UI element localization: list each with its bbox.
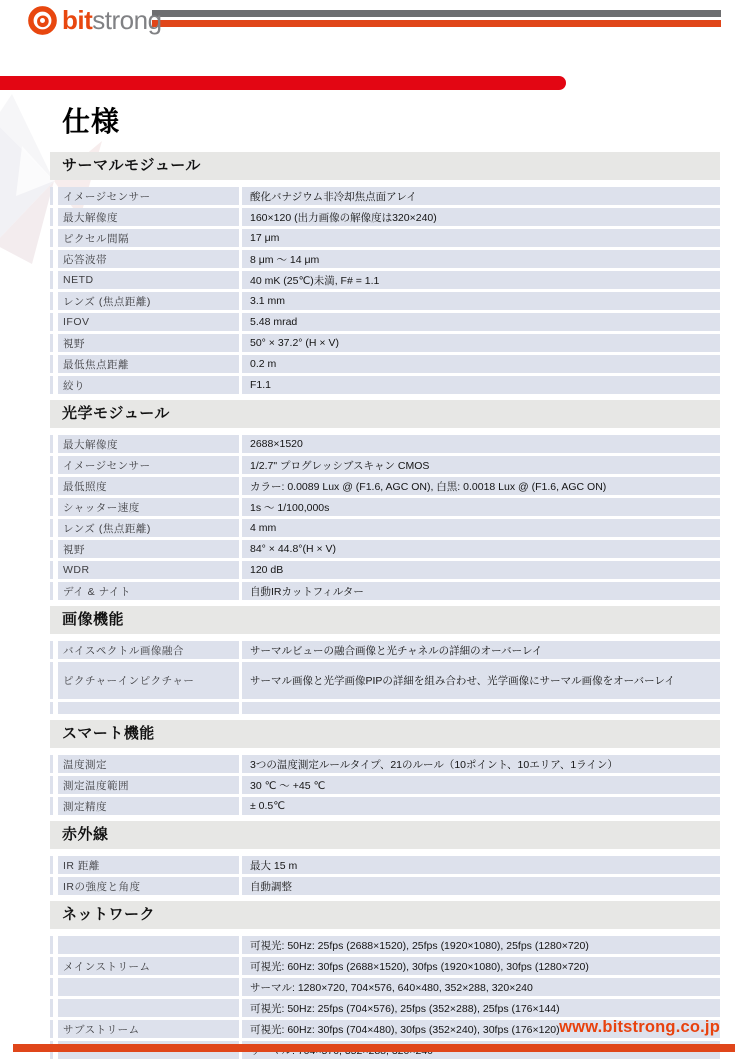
spec-row: 温度測定3つの温度測定ルールタイプ、21のルール（10ポイント、10エリア、1ラ… [50, 755, 720, 773]
row-label: シャッター速度 [58, 498, 239, 516]
row-edge-sliver [50, 355, 53, 373]
row-value: 3.1 mm [242, 292, 720, 310]
row-label: 絞り [58, 376, 239, 394]
row-value: 2688×1520 [242, 435, 720, 453]
row-edge-sliver [50, 477, 53, 495]
row-edge-sliver [50, 435, 53, 453]
logo-text-strong: strong [92, 5, 161, 35]
row-label: 応答波帯 [58, 250, 239, 268]
spec-row: IRの強度と角度自動調整 [50, 877, 720, 895]
row-label: ピクセル間隔 [58, 229, 239, 247]
page-title: 仕様 [62, 100, 720, 140]
row-label: IFOV [58, 313, 239, 331]
spec-row: 最低照度カラー: 0.0089 Lux @ (F1.6, AGC ON), 白黒… [50, 477, 720, 495]
row-value: 8 μm ～ 14 μm [242, 250, 720, 268]
row-label: IRの強度と角度 [58, 877, 239, 895]
row-edge-sliver [50, 229, 53, 247]
row-value: 50° × 37.2° (H × V) [242, 334, 720, 352]
row-value: 120 dB [242, 561, 720, 579]
row-edge-sliver [50, 561, 53, 579]
row-edge-sliver [50, 250, 53, 268]
row-label: レンズ (焦点距離) [58, 519, 239, 537]
row-label [58, 978, 239, 996]
spec-row: イメージセンサー1/2.7" プログレッシブスキャン CMOS [50, 456, 720, 474]
row-label [58, 936, 239, 954]
row-value: サーマル画像と光学画像PIPの詳細を組み合わせ、光学画像にサーマル画像をオーバー… [242, 662, 720, 699]
row-value: 5.48 mrad [242, 313, 720, 331]
row-edge-sliver [50, 313, 53, 331]
row-label: イメージセンサー [58, 456, 239, 474]
row-value: 可視光: 60Hz: 30fps (2688×1520), 30fps (192… [242, 957, 720, 975]
spec-row: NETD40 mK (25℃)未満, F# = 1.1 [50, 271, 720, 289]
logo-text-bit: bit [62, 5, 92, 35]
row-value: ± 0.5℃ [242, 797, 720, 815]
row-label: 視野 [58, 334, 239, 352]
row-value: 3つの温度測定ルールタイプ、21のルール（10ポイント、10エリア、1ライン） [242, 755, 720, 773]
spec-row: メインストリーム可視光: 60Hz: 30fps (2688×1520), 30… [50, 957, 720, 975]
row-edge-sliver [50, 776, 53, 794]
row-label: 測定精度 [58, 797, 239, 815]
row-value: カラー: 0.0089 Lux @ (F1.6, AGC ON), 白黒: 0.… [242, 477, 720, 495]
row-edge-sliver [50, 1020, 53, 1038]
row-label: ピクチャーインピクチャー [58, 662, 239, 699]
row-label: WDR [58, 561, 239, 579]
spec-row: 視野50° × 37.2° (H × V) [50, 334, 720, 352]
header-stripe-orange [152, 20, 721, 27]
spec-row: 最大解像度2688×1520 [50, 435, 720, 453]
row-label: 最大解像度 [58, 435, 239, 453]
spec-row: ピクセル間隔17 μm [50, 229, 720, 247]
spec-row: 最大解像度160×120 (出力画像の解像度は320×240) [50, 208, 720, 226]
row-edge-sliver [50, 755, 53, 773]
row-value: サーマル: 1280×720, 704×576, 640×480, 352×28… [242, 978, 720, 996]
row-label [58, 999, 239, 1017]
footer-url-link[interactable]: www.bitstrong.co.jp [559, 1018, 720, 1037]
spec-row: IFOV5.48 mrad [50, 313, 720, 331]
row-edge-sliver [50, 999, 53, 1017]
section-header: 光学モジュール [50, 400, 720, 428]
row-edge-sliver [50, 978, 53, 996]
spec-row: WDR120 dB [50, 561, 720, 579]
row-label: 温度測定 [58, 755, 239, 773]
spec-row: 測定温度範囲30 ℃ ～ +45 ℃ [50, 776, 720, 794]
spec-row: 可視光: 50Hz: 25fps (2688×1520), 25fps (192… [50, 936, 720, 954]
row-edge-sliver [50, 856, 53, 874]
spec-row [50, 702, 720, 714]
logo-wordmark: bitstrong [62, 5, 162, 36]
row-value: 最大 15 m [242, 856, 720, 874]
row-edge-sliver [50, 334, 53, 352]
row-value: 84° × 44.8°(H × V) [242, 540, 720, 558]
row-label: デイ & ナイト [58, 582, 239, 600]
spec-row: レンズ (焦点距離)4 mm [50, 519, 720, 537]
row-label: バイスペクトル画像融合 [58, 641, 239, 659]
row-edge-sliver [50, 540, 53, 558]
row-edge-sliver [50, 877, 53, 895]
spec-sections: サーマルモジュールイメージセンサー酸化バナジウム非冷却焦点面アレイ最大解像度16… [50, 152, 720, 1059]
row-value: 1s ～ 1/100,000s [242, 498, 720, 516]
spec-document: 仕様 サーマルモジュールイメージセンサー酸化バナジウム非冷却焦点面アレイ最大解像… [50, 98, 720, 1062]
row-edge-sliver [50, 376, 53, 394]
row-edge-sliver [50, 292, 53, 310]
row-value: F1.1 [242, 376, 720, 394]
row-label: NETD [58, 271, 239, 289]
row-edge-sliver [50, 957, 53, 975]
row-value: 160×120 (出力画像の解像度は320×240) [242, 208, 720, 226]
brand-logo: bitstrong [27, 5, 162, 36]
row-label [58, 702, 239, 714]
spec-row: サーマル: 1280×720, 704×576, 640×480, 352×28… [50, 978, 720, 996]
row-value: 酸化バナジウム非冷却焦点面アレイ [242, 187, 720, 205]
spec-row: 応答波帯8 μm ～ 14 μm [50, 250, 720, 268]
row-edge-sliver [50, 187, 53, 205]
row-edge-sliver [50, 662, 53, 699]
row-edge-sliver [50, 936, 53, 954]
spec-row: シャッター速度1s ～ 1/100,000s [50, 498, 720, 516]
row-value: サーマルビューの融合画像と光チャネルの詳細のオーバーレイ [242, 641, 720, 659]
spec-row: 可視光: 50Hz: 25fps (704×576), 25fps (352×2… [50, 999, 720, 1017]
spec-row: 視野84° × 44.8°(H × V) [50, 540, 720, 558]
row-value: 4 mm [242, 519, 720, 537]
row-edge-sliver [50, 456, 53, 474]
red-banner-bar [0, 76, 566, 90]
spec-row: イメージセンサー酸化バナジウム非冷却焦点面アレイ [50, 187, 720, 205]
section-header: サーマルモジュール [50, 152, 720, 180]
row-edge-sliver [50, 208, 53, 226]
row-value: 自動調整 [242, 877, 720, 895]
spec-row: 絞りF1.1 [50, 376, 720, 394]
row-edge-sliver [50, 498, 53, 516]
row-value [242, 702, 720, 714]
row-edge-sliver [50, 271, 53, 289]
row-label: 測定温度範囲 [58, 776, 239, 794]
spec-row: 測定精度± 0.5℃ [50, 797, 720, 815]
row-value: 1/2.7" プログレッシブスキャン CMOS [242, 456, 720, 474]
spec-row: 最低焦点距離0.2 m [50, 355, 720, 373]
row-value: 可視光: 50Hz: 25fps (704×576), 25fps (352×2… [242, 999, 720, 1017]
row-label: サブストリーム [58, 1020, 239, 1038]
row-label: メインストリーム [58, 957, 239, 975]
footer-bar [13, 1044, 735, 1052]
header-stripe-gray [152, 10, 721, 17]
section-header: 赤外線 [50, 821, 720, 849]
row-edge-sliver [50, 797, 53, 815]
row-label: 最低焦点距離 [58, 355, 239, 373]
row-label: 視野 [58, 540, 239, 558]
row-value: 30 ℃ ～ +45 ℃ [242, 776, 720, 794]
bitstrong-swirl-icon [27, 5, 58, 36]
row-value: 可視光: 50Hz: 25fps (2688×1520), 25fps (192… [242, 936, 720, 954]
spec-row: デイ & ナイト自動IRカットフィルター [50, 582, 720, 600]
spec-row: ピクチャーインピクチャーサーマル画像と光学画像PIPの詳細を組み合わせ、光学画像… [50, 662, 720, 699]
row-label: IR 距離 [58, 856, 239, 874]
section-header: 画像機能 [50, 606, 720, 634]
row-label: 最大解像度 [58, 208, 239, 226]
section-header: ネットワーク [50, 901, 720, 929]
row-label: イメージセンサー [58, 187, 239, 205]
spec-row: バイスペクトル画像融合サーマルビューの融合画像と光チャネルの詳細のオーバーレイ [50, 641, 720, 659]
row-value: 17 μm [242, 229, 720, 247]
row-value: 自動IRカットフィルター [242, 582, 720, 600]
row-label: 最低照度 [58, 477, 239, 495]
spec-row: IR 距離最大 15 m [50, 856, 720, 874]
row-label: レンズ (焦点距離) [58, 292, 239, 310]
section-header: スマート機能 [50, 720, 720, 748]
row-edge-sliver [50, 582, 53, 600]
row-edge-sliver [50, 641, 53, 659]
row-value: 40 mK (25℃)未満, F# = 1.1 [242, 271, 720, 289]
spec-row: レンズ (焦点距離)3.1 mm [50, 292, 720, 310]
row-value: 0.2 m [242, 355, 720, 373]
row-edge-sliver [50, 702, 53, 714]
row-edge-sliver [50, 519, 53, 537]
